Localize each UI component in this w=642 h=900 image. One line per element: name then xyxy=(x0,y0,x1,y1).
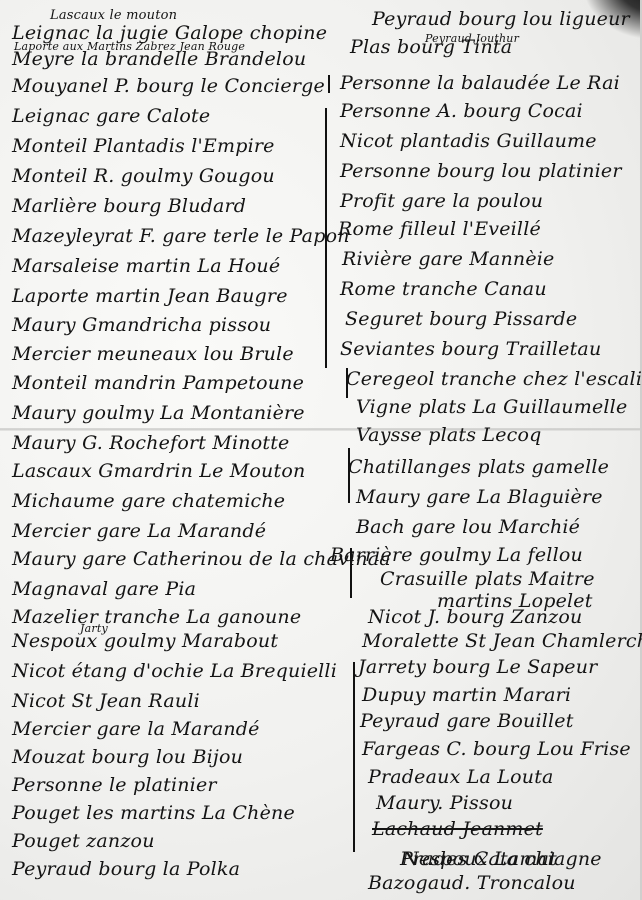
left-entry: Lascaux le mouton xyxy=(50,8,177,23)
left-entry: Magnaval gare Pia xyxy=(12,578,196,600)
paper-fold-crease xyxy=(0,428,642,431)
right-entry: Moralette St Jean Chamlerch xyxy=(362,630,642,652)
right-entry: Ceregeol tranche chez l'escalier xyxy=(346,368,642,390)
left-entry: Monteil R. goulmy Gougou xyxy=(12,165,275,187)
left-entry: Maury Gmandricha pissou xyxy=(12,314,271,336)
left-entry: Mouzat bourg lou Bijou xyxy=(12,746,243,768)
right-entry: Fargeas C. bourg Lou Frise xyxy=(362,738,631,760)
right-entry: Seguret bourg Pissarde xyxy=(345,308,577,330)
left-entry: Marsaleise martin La Houé xyxy=(12,255,280,277)
right-entry: Peyraud gare Bouillet xyxy=(360,710,574,732)
left-entry: Nicot étang d'ochie La Brequielli xyxy=(12,660,337,682)
left-entry: Leignac gare Calote xyxy=(12,105,210,127)
right-entry: Plas bourg Tinta xyxy=(350,36,512,58)
right-entry: Nicot J. bourg Zanzou xyxy=(368,606,582,628)
right-entry: Profit gare la poulou xyxy=(340,190,543,212)
left-entry: Mercier gare La Marandé xyxy=(12,520,266,542)
left-entry: Mouyanel P. bourg le Concierge xyxy=(12,75,325,97)
left-entry: Marlière bourg Bludard xyxy=(12,195,246,217)
right-entry: Bazogaud. Troncalou xyxy=(368,872,576,894)
right-entry: Peyraud bourg lou ligueur xyxy=(372,8,630,30)
left-entry: Maury goulmy La Montanière xyxy=(12,402,305,424)
left-entry: Mazeyleyrat F. gare terle le Papon xyxy=(12,225,350,247)
column-divider xyxy=(353,662,355,852)
left-entry: Monteil Plantadis l'Empire xyxy=(12,135,275,157)
right-entry: Vigne plats La Guillaumelle xyxy=(356,396,627,418)
right-entry: Dupuy martin Marari xyxy=(362,684,571,706)
right-entry: Rome tranche Canau xyxy=(340,278,547,300)
margin-annotation: Jarty xyxy=(80,622,108,635)
right-entry: Lachaud Jeanmet xyxy=(372,818,543,840)
left-entry: Lascaux Gmardrin Le Mouton xyxy=(12,460,305,482)
left-entry: Personne le platinier xyxy=(12,774,217,796)
right-entry: Rome filleul l'Eveillé xyxy=(338,218,541,240)
right-entry: Maury. Pissou xyxy=(376,792,513,814)
right-entry: Seviantes bourg Trailletau xyxy=(340,338,601,360)
left-entry: Nespoux goulmy MaraboutJarty xyxy=(12,630,278,652)
left-entry: Meyre la brandelle Brandelou xyxy=(12,48,306,70)
scanned-handwritten-page: Lascaux le moutonLeignac la jugie Galope… xyxy=(0,0,642,900)
left-entry: Laporte martin Jean Baugre xyxy=(12,285,288,307)
right-entry: Jarrety bourg Le Sapeur xyxy=(358,656,597,678)
right-entry: Bach gare lou Marchié xyxy=(356,516,580,538)
right-entry: Maury gare La Blaguière xyxy=(356,486,603,508)
left-entry: Maury G. Rochefort Minotte xyxy=(12,432,289,454)
left-entry: Pouget zanzou xyxy=(12,830,155,852)
left-entry: Mercier gare la Marandé xyxy=(12,718,260,740)
right-entry: Vaysse plats Lecoq xyxy=(356,424,542,446)
right-entry: Personne A. bourg Cocai xyxy=(340,100,583,122)
right-entry: Nicot plantadis Guillaume xyxy=(340,130,597,152)
right-entry: Barrière goulmy La fellou xyxy=(330,544,583,566)
left-entry: Peyraud bourg la Polka xyxy=(12,858,240,880)
right-entry: Crasuille plats Maitre xyxy=(380,568,595,590)
left-entry: Monteil mandrin Pampetoune xyxy=(12,372,304,394)
right-entry: Chatillanges plats gamelle xyxy=(348,456,609,478)
left-entry: Michaume gare chatemiche xyxy=(12,490,285,512)
left-entry: Mazelier tranche La ganoune xyxy=(12,606,301,628)
left-entry: Mercier meuneaux lou Brule xyxy=(12,343,294,365)
left-entry: Pouget les martins La Chène xyxy=(12,802,295,824)
right-entry: Pradeaux La Louta xyxy=(368,766,554,788)
left-entry: Nicot St Jean Rauli xyxy=(12,690,200,712)
right-entry: Rivière gare Mannèie xyxy=(342,248,554,270)
column-divider xyxy=(328,75,330,93)
right-entry: Personne bourg lou platinier xyxy=(340,160,622,182)
right-entry: Personne la balaudée Le Rai xyxy=(340,72,620,94)
right-entry: Prades Catamat xyxy=(400,848,557,870)
